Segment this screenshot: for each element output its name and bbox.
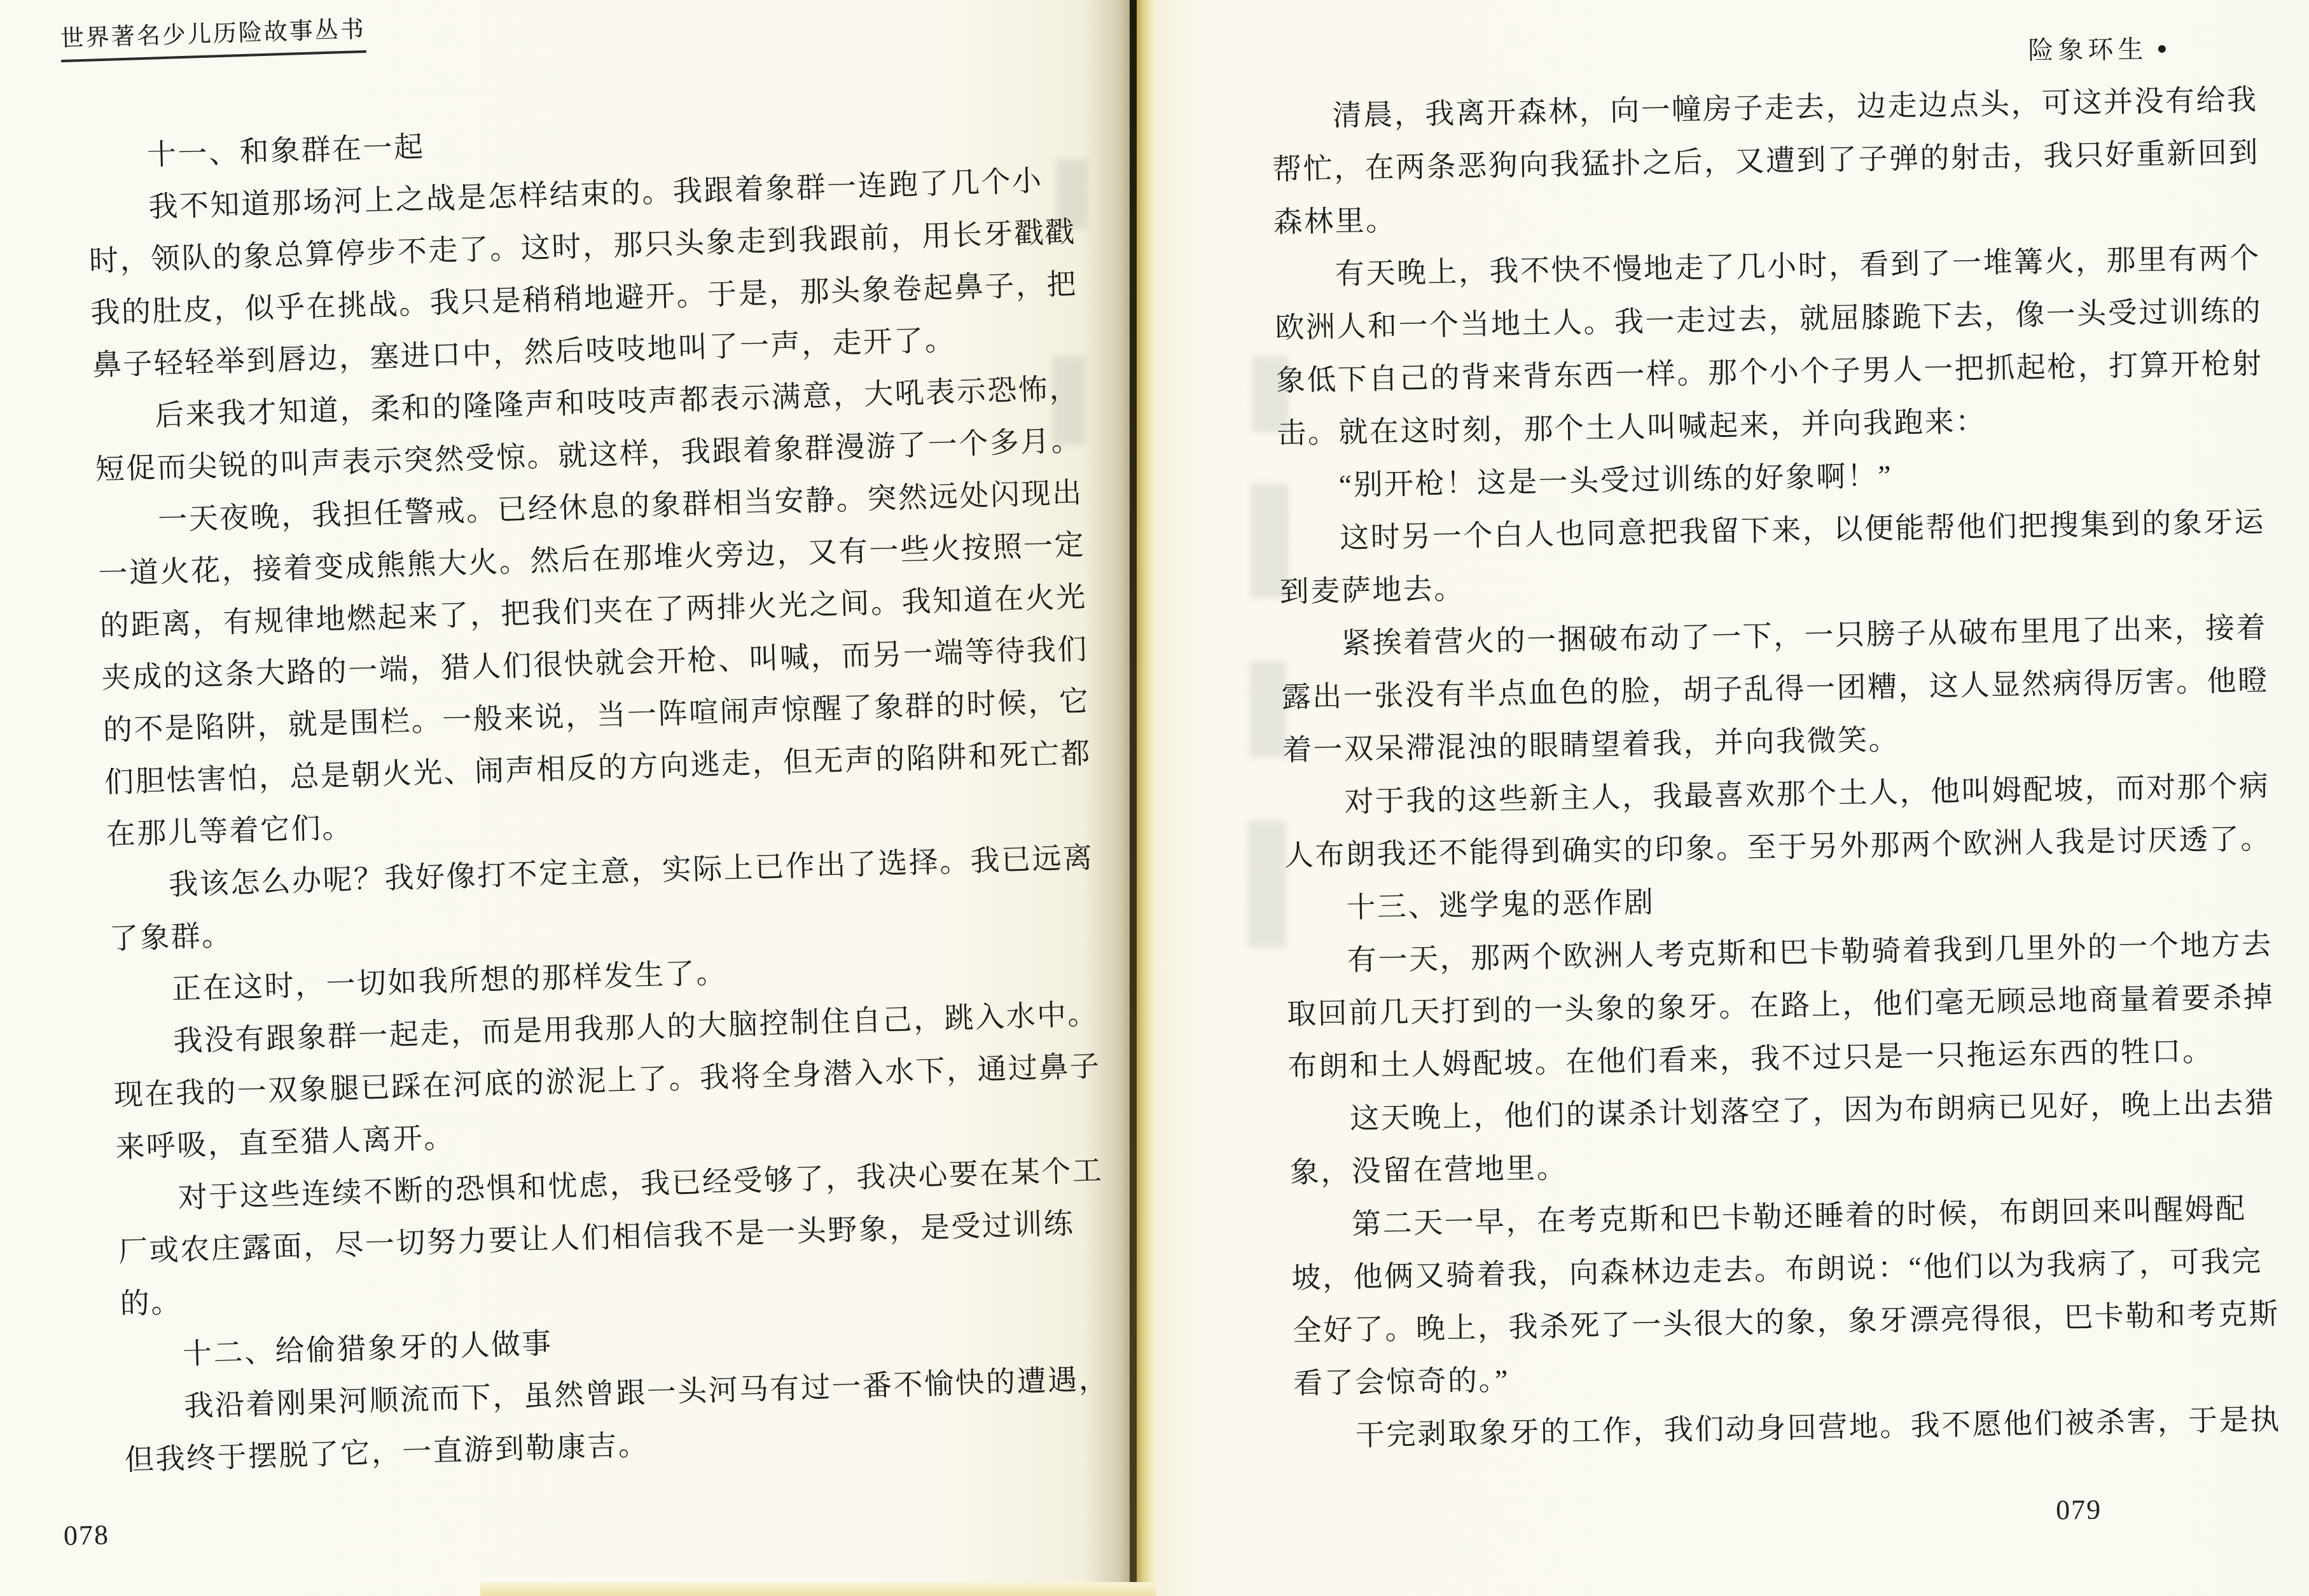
left-page-text: 十一、和象群在一起我不知道那场河上之战是怎样结束的。我跟着象群一连跑了几个小时，… [85, 102, 1113, 1487]
book-spine-line [1130, 0, 1137, 1596]
page-number-left: 078 [63, 1518, 109, 1551]
bleedthrough-mark [1248, 821, 1286, 948]
book-title-header: 险象环生● [2028, 29, 2168, 67]
bottom-page-edge [480, 1582, 1156, 1596]
page-edge-strip [1137, 0, 1156, 1596]
book-title-text: 险象环生 [2028, 35, 2147, 65]
page-number-right: 079 [2056, 1494, 2102, 1527]
right-page-text: 清晨，我离开森林，向一幢房子走去，边走边点头，可这并没有给我帮忙，在两条恶狗向我… [1271, 73, 2282, 1463]
header-bullet-icon: ● [2156, 39, 2167, 59]
